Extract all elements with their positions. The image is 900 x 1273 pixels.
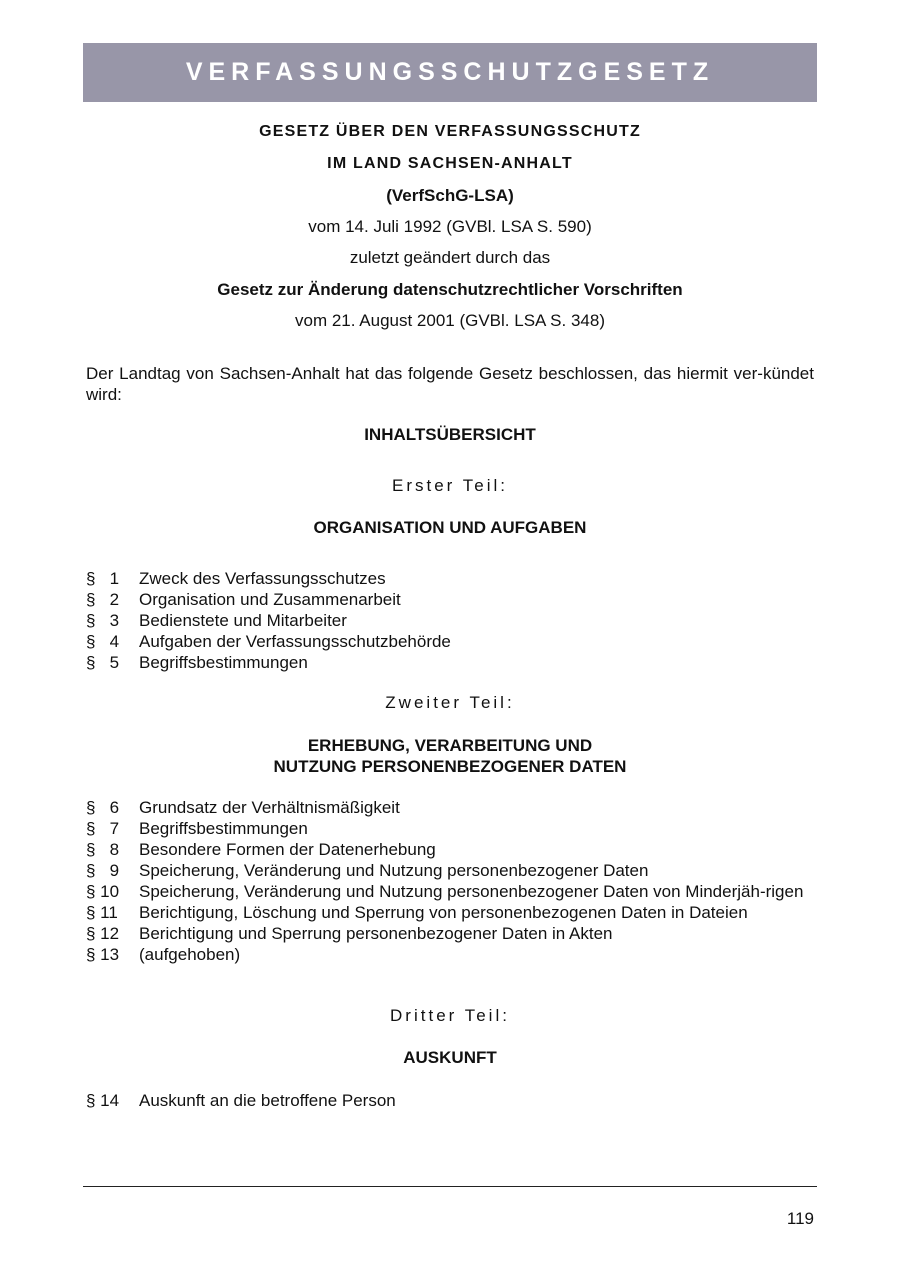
toc-title: INHALTSÜBERSICHT — [83, 425, 817, 445]
toc-part-1: § 1Zweck des Verfassungsschutzes § 2Orga… — [86, 568, 816, 673]
intro-paragraph: Der Landtag von Sachsen-Anhalt hat das f… — [86, 363, 814, 405]
part-3-title: AUSKUNFT — [83, 1048, 817, 1068]
toc-entry[interactable]: § 6Grundsatz der Verhältnismäßigkeit — [86, 797, 816, 818]
law-abbreviation: (VerfSchG-LSA) — [83, 186, 817, 206]
banner-title: VERFASSUNGSSCHUTZGESETZ — [186, 58, 714, 87]
part-2-label: Zweiter Teil: — [83, 693, 817, 713]
law-title-line2: IM LAND SACHSEN-ANHALT — [83, 155, 817, 173]
page-number: 119 — [787, 1209, 814, 1229]
chapter-banner: VERFASSUNGSSCHUTZGESETZ — [83, 43, 817, 102]
toc-entry[interactable]: § 10Speicherung, Veränderung und Nutzung… — [86, 881, 816, 902]
part-3-label: Dritter Teil: — [83, 1006, 817, 1026]
toc-entry[interactable]: § 1Zweck des Verfassungsschutzes — [86, 568, 816, 589]
law-date: vom 14. Juli 1992 (GVBl. LSA S. 590) — [83, 217, 817, 237]
toc-entry[interactable]: § 11Berichtigung, Löschung und Sperrung … — [86, 902, 816, 923]
amending-law: Gesetz zur Änderung datenschutzrechtlich… — [83, 280, 817, 300]
toc-entry[interactable]: § 5Begriffsbestimmungen — [86, 652, 816, 673]
toc-entry[interactable]: § 9Speicherung, Veränderung und Nutzung … — [86, 860, 816, 881]
part-2-title-line2: NUTZUNG PERSONENBEZOGENER DATEN — [83, 757, 817, 777]
amend-date: vom 21. August 2001 (GVBl. LSA S. 348) — [83, 311, 817, 331]
toc-entry[interactable]: § 7Begriffsbestimmungen — [86, 818, 816, 839]
toc-entry[interactable]: § 14Auskunft an die betroffene Person — [86, 1090, 816, 1111]
toc-entry[interactable]: § 13(aufgehoben) — [86, 944, 816, 965]
toc-entry[interactable]: § 4Aufgaben der Verfassungsschutzbehörde — [86, 631, 816, 652]
toc-entry[interactable]: § 3Bedienstete und Mitarbeiter — [86, 610, 816, 631]
toc-entry[interactable]: § 8Besondere Formen der Datenerhebung — [86, 839, 816, 860]
amended-by: zuletzt geändert durch das — [83, 248, 817, 268]
toc-entry[interactable]: § 2Organisation und Zusammenarbeit — [86, 589, 816, 610]
law-title-line1: GESETZ ÜBER DEN VERFASSUNGSSCHUTZ — [83, 123, 817, 141]
toc-part-2: § 6Grundsatz der Verhältnismäßigkeit § 7… — [86, 797, 816, 965]
part-1-title: ORGANISATION UND AUFGABEN — [83, 518, 817, 538]
part-2-title-line1: ERHEBUNG, VERARBEITUNG UND — [83, 736, 817, 756]
toc-entry[interactable]: § 12Berichtigung und Sperrung personenbe… — [86, 923, 816, 944]
toc-part-3: § 14Auskunft an die betroffene Person — [86, 1090, 816, 1111]
part-1-label: Erster Teil: — [83, 476, 817, 496]
footer-divider — [83, 1186, 817, 1187]
